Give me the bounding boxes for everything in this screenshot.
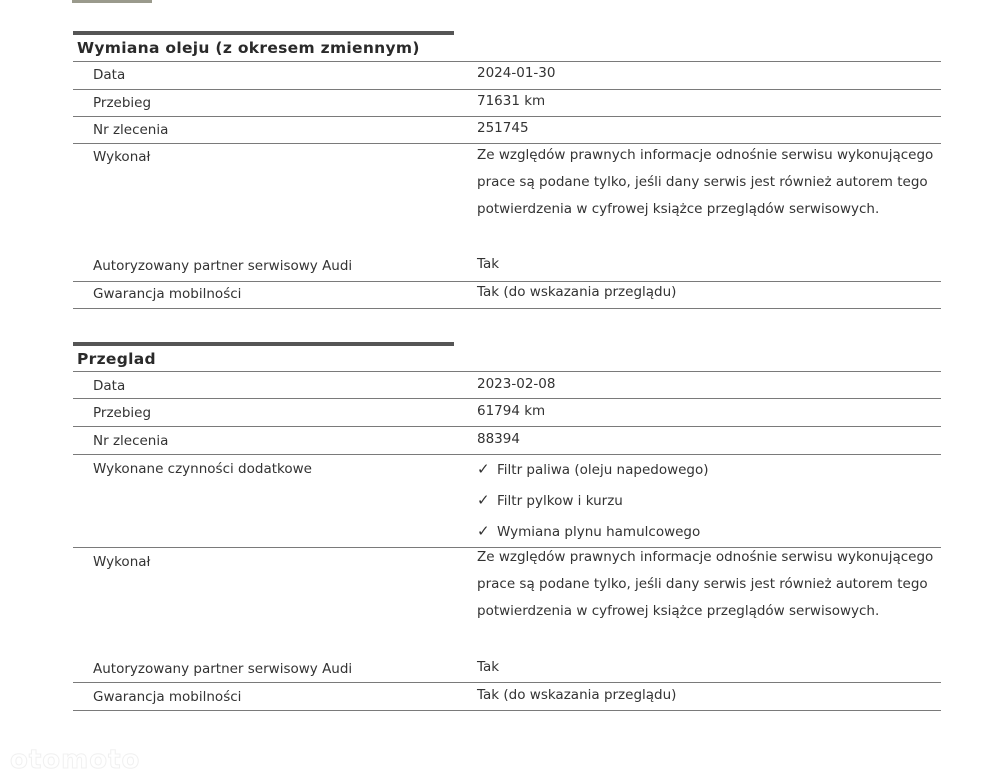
mobility-guarantee-value: Tak (do wskazania przeglądu) <box>477 284 676 300</box>
additional-work-item: ✓Wymiana plynu hamulcowego <box>477 522 700 540</box>
divider <box>73 308 941 309</box>
mileage-label: Przebieg <box>93 95 151 111</box>
additional-work-item: ✓Filtr pylkow i kurzu <box>477 491 623 509</box>
divider <box>73 710 941 711</box>
authorized-partner-label: Autoryzowany partner serwisowy Audi <box>93 258 352 274</box>
mileage-value: 71631 km <box>477 93 545 109</box>
mileage-value: 61794 km <box>477 403 545 419</box>
divider <box>73 89 941 90</box>
watermark-logo: otomoto <box>10 745 140 775</box>
additional-work-label: Wykonane czynności dodatkowe <box>93 461 312 477</box>
performed-by-text-line: potwierdzenia w cyfrowej książce przeglą… <box>477 201 879 217</box>
performed-by-text-line: Ze względów prawnych informacje odnośnie… <box>477 549 933 565</box>
checkmark-icon: ✓ <box>477 522 497 540</box>
authorized-partner-value: Tak <box>477 659 499 675</box>
divider <box>73 454 941 455</box>
checkmark-icon: ✓ <box>477 491 497 509</box>
divider <box>73 116 941 117</box>
section-header-bar <box>73 31 454 35</box>
additional-work-item-text: Wymiana plynu hamulcowego <box>497 524 700 540</box>
performed-by-text-line: prace są podane tylko, jeśli dany serwis… <box>477 576 928 592</box>
divider <box>73 682 941 683</box>
order-number-value: 251745 <box>477 120 529 136</box>
performed-by-label: Wykonał <box>93 554 150 570</box>
performed-by-text-line: prace są podane tylko, jeśli dany serwis… <box>477 174 928 190</box>
performed-by-label: Wykonał <box>93 149 150 165</box>
page-edge-mark <box>72 0 152 3</box>
date-label: Data <box>93 67 125 83</box>
performed-by-text-line: Ze względów prawnych informacje odnośnie… <box>477 147 933 163</box>
checkmark-icon: ✓ <box>477 460 497 478</box>
mobility-guarantee-label: Gwarancja mobilności <box>93 689 241 705</box>
divider <box>73 281 941 282</box>
additional-work-item-text: Filtr paliwa (oleju napedowego) <box>497 462 709 478</box>
date-label: Data <box>93 378 125 394</box>
order-number-label: Nr zlecenia <box>93 433 168 449</box>
mobility-guarantee-label: Gwarancja mobilności <box>93 286 241 302</box>
order-number-value: 88394 <box>477 431 520 447</box>
mobility-guarantee-value: Tak (do wskazania przeglądu) <box>477 687 676 703</box>
date-value: 2023-02-08 <box>477 376 555 392</box>
section-title: Przeglad <box>77 350 156 368</box>
mileage-label: Przebieg <box>93 405 151 421</box>
divider <box>73 547 941 548</box>
divider <box>73 61 941 62</box>
order-number-label: Nr zlecenia <box>93 122 168 138</box>
divider <box>73 371 941 372</box>
performed-by-text-line: potwierdzenia w cyfrowej książce przeglą… <box>477 603 879 619</box>
authorized-partner-label: Autoryzowany partner serwisowy Audi <box>93 661 352 677</box>
divider <box>73 426 941 427</box>
section-header-bar <box>73 342 454 346</box>
additional-work-item: ✓Filtr paliwa (oleju napedowego) <box>477 460 709 478</box>
additional-work-item-text: Filtr pylkow i kurzu <box>497 493 623 509</box>
divider <box>73 398 941 399</box>
date-value: 2024-01-30 <box>477 65 555 81</box>
authorized-partner-value: Tak <box>477 256 499 272</box>
section-title: Wymiana oleju (z okresem zmiennym) <box>77 39 420 57</box>
divider <box>73 143 941 144</box>
